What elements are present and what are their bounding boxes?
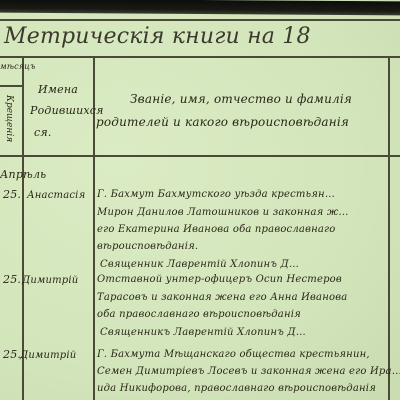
entry-detail-line: Г. Бахмута Мѣщанскаго общества крестьяни… [97, 346, 370, 364]
entry-detail-line: Г. Бахмут Бахмутского уѣзда крестьян… [97, 186, 335, 204]
rule-header-bottom [0, 155, 400, 157]
header-parents-line2: родителей и какого вѣроисповѣданія [96, 115, 349, 129]
header-parents-line1: Званіе, имя, отчество и фамилія [130, 92, 352, 106]
header-baptism-vertical: Крещенія [4, 95, 14, 142]
margin-month-note: Апрѣль [0, 168, 46, 181]
entry-number: 25. [3, 348, 21, 361]
entry-detail-line: Тарасовъ и законная жена его Анна Иванов… [97, 289, 347, 307]
entry-number: 25. [3, 273, 21, 286]
entry-name: Анастасія [27, 187, 85, 205]
entry-number: 25. [3, 188, 21, 201]
register-title: Метрическія книги на 18 [4, 24, 311, 49]
entry-detail-line: вѣроисповѣданія. [97, 238, 198, 256]
entry-detail-line: ида Никифорова, православнаго вѣроисповѣ… [97, 380, 376, 398]
entry-detail-line: Мирон Данилов Латошников и законная ж… [97, 204, 349, 222]
entry-detail-line: Семен Димитріевъ Лосевъ и законная жена … [97, 363, 400, 381]
entry-detail-line: его Екатерина Иванова оба православнаго [97, 221, 336, 239]
entry-detail-line: Отставной унтер-офицеръ Осип Нестеров [97, 271, 342, 289]
rule-top [0, 19, 400, 21]
rule-month-bottom [0, 85, 23, 87]
header-names-line3: ся. [34, 126, 52, 139]
entry-detail-line: оба православнаго вѣроисповѣданія [97, 306, 301, 324]
header-names-line2: Родившихся [30, 104, 104, 117]
entry-name: Димитрій [20, 347, 76, 365]
rule-title-bottom [0, 56, 400, 58]
entry-name: Димитрій [22, 272, 78, 290]
header-month-fragment: мѣсяцъ [0, 62, 36, 71]
col-divider-3 [388, 56, 390, 400]
scan-dark-edge [0, 0, 400, 15]
entry-detail-line: Священникъ Лаврентій Хлопинъ Д… [100, 324, 306, 342]
register-page: Метрическія книги на 18 мѣсяцъ Крещенія … [0, 0, 400, 400]
header-names-line1: Имена [38, 83, 78, 96]
